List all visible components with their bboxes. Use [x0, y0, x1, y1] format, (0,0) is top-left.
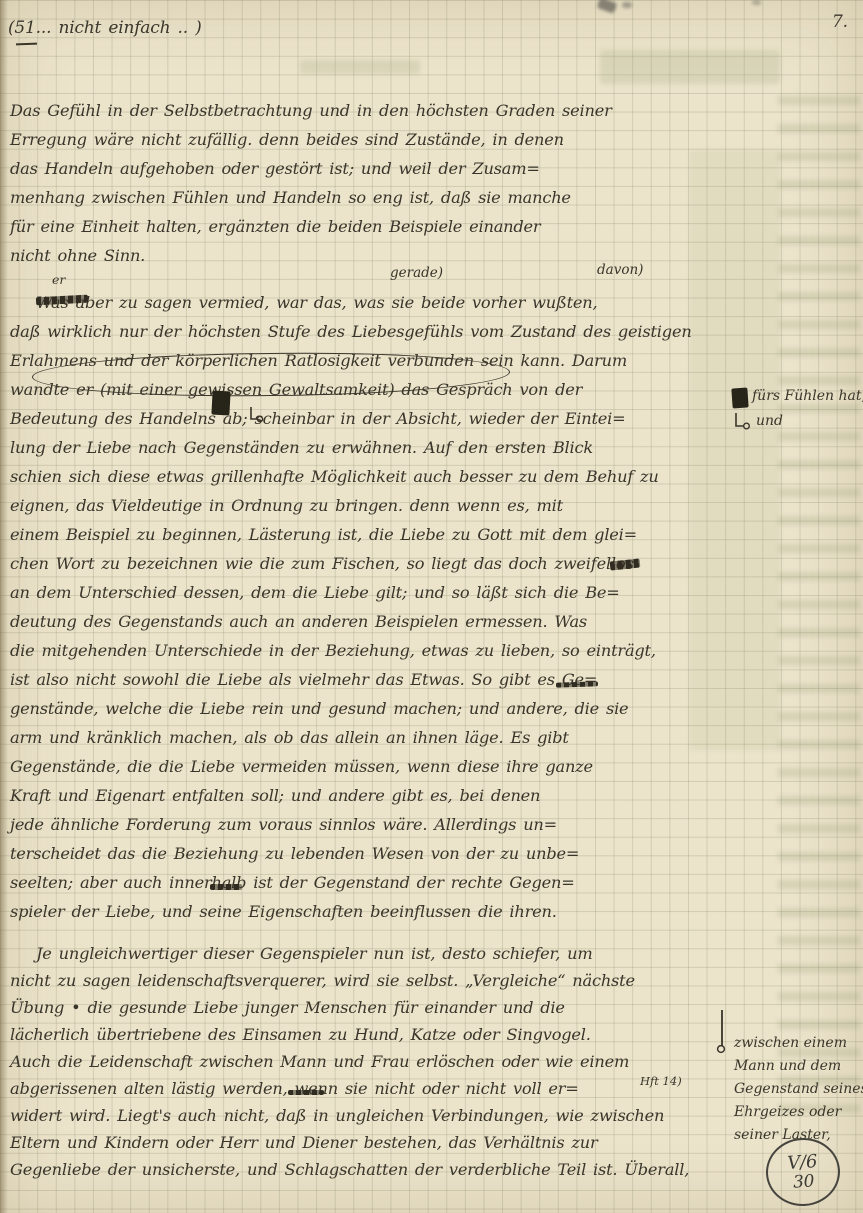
handwritten-line: Was aber zu sagen vermied, war das, was … — [10, 288, 776, 317]
page-left-edge-shadow — [0, 0, 8, 1213]
handwritten-line: spieler der Liebe, und seine Eigenschaft… — [10, 897, 776, 926]
handwritten-line: daß wirklich nur der höchsten Stufe des … — [10, 317, 776, 346]
margin-bracket-icon — [716, 1010, 732, 1054]
handwritten-line: Übung • die gesunde Liebe junger Mensche… — [10, 994, 776, 1021]
handwritten-line: Gegenliebe der unsicherste, und Schlagsc… — [10, 1156, 776, 1183]
handwritten-line: Erregung wäre nicht zufällig. denn beide… — [10, 125, 776, 154]
margin-inked-out-blot — [731, 387, 748, 408]
handwritten-line: das Handeln aufgehoben oder gestört ist;… — [10, 154, 776, 183]
handwritten-line: deutung des Gegenstands auch an anderen … — [10, 607, 776, 636]
handwritten-line: terscheidet das die Beziehung zu lebende… — [10, 839, 776, 868]
interlinear-insertion-davon: davon) — [597, 262, 643, 278]
handwritten-line: nicht zu sagen leidenschaftsverquerer, w… — [10, 967, 776, 994]
handwritten-line: Gegenstände, die die Liebe vermeiden müs… — [10, 752, 776, 781]
handwritten-line: Kraft und Eigenart entfalten soll; und a… — [10, 781, 776, 810]
margin-note-line: und — [756, 410, 783, 433]
interlinear-insertion-gerade: gerade) — [390, 265, 443, 281]
handwritten-line: lächerlich übertriebene des Einsamen zu … — [10, 1021, 776, 1048]
header-note: (51... nicht einfach .. ) — [8, 18, 202, 38]
handwritten-line: Gegenstand seines — [734, 1078, 863, 1101]
stamp-bottom-value: 30 — [792, 1172, 815, 1192]
handwritten-line: Bedeutung des Handelns ab; scheinbar in … — [10, 404, 776, 433]
margin-note-upper: fürs Fühlen hat, — [752, 385, 863, 408]
handwritten-line: Das Gefühl in der Selbstbetrachtung und … — [10, 96, 776, 125]
inked-out-word-blot — [211, 391, 230, 416]
handwritten-line: widert wird. Liegt's auch nicht, daß in … — [10, 1102, 776, 1129]
crossed-out-word — [210, 884, 242, 890]
margin-note-line: fürs Fühlen hat, — [752, 385, 863, 408]
handwritten-line: Auch die Leidenschaft zwischen Mann und … — [10, 1048, 776, 1075]
handwritten-line: lung der Liebe nach Gegenständen zu erwä… — [10, 433, 776, 462]
handwritten-line: arm und kränklich machen, als ob das all… — [10, 723, 776, 752]
handwritten-line: die mitgehenden Unterschiede in der Bezi… — [10, 636, 776, 665]
manuscript-scan: { "page": { "header_note": "(51... nicht… — [0, 0, 863, 1213]
handwritten-line: eignen, das Vieldeutige in Ordnung zu br… — [10, 491, 776, 520]
pencil-smudge — [622, 2, 632, 8]
handwritten-line: Mann und dem — [734, 1055, 863, 1078]
handwritten-line: Ehrgeizes oder — [734, 1101, 863, 1124]
paragraph-1: Das Gefühl in der Selbstbetrachtung und … — [10, 96, 776, 270]
handwritten-line: einem Beispiel zu beginnen, Lästerung is… — [10, 520, 776, 549]
handwritten-line: zwischen einem — [734, 1032, 863, 1055]
handwritten-line: menhang zwischen Fühlen und Handeln so e… — [10, 183, 776, 212]
pencil-smudge — [752, 0, 761, 5]
interlinear-reference: Hft 14) — [640, 1074, 682, 1088]
handwritten-line: jede ähnliche Forderung zum voraus sinnl… — [10, 810, 776, 839]
main-text: Das Gefühl in der Selbstbetrachtung und … — [10, 96, 776, 1183]
interlinear-insertion-er: er — [52, 272, 65, 287]
bleedthrough-smudge — [300, 60, 420, 74]
insertion-caret-icon — [733, 412, 751, 432]
handwritten-line: schien sich diese etwas grillenhafte Mög… — [10, 462, 776, 491]
margin-note-lower: zwischen einemMann und demGegenstand sei… — [734, 1032, 863, 1147]
handwritten-line: ist also nicht sowohl die Liebe als viel… — [10, 665, 776, 694]
handwritten-line: genstände, welche die Liebe rein und ges… — [10, 694, 776, 723]
handwritten-line: chen Wort zu bezeichnen wie die zum Fisc… — [10, 549, 776, 578]
handwritten-line: an dem Unterschied dessen, dem die Liebe… — [10, 578, 776, 607]
bleedthrough-column — [778, 96, 860, 1116]
handwritten-line: Je ungleichwertiger dieser Gegenspieler … — [10, 940, 776, 967]
page-number: 7. — [832, 12, 848, 32]
insertion-caret-icon — [248, 406, 264, 424]
handwritten-line: Eltern und Kindern oder Herr und Diener … — [10, 1129, 776, 1156]
bleedthrough-smudge — [600, 50, 780, 84]
handwritten-line: seelten; aber auch innerhalb ist der Geg… — [10, 868, 776, 897]
crossed-out-word — [288, 1090, 324, 1095]
margin-note-upper-2: und — [756, 410, 783, 433]
handwritten-line: für eine Einheit halten, ergänzten die b… — [10, 212, 776, 241]
paragraph-3: Je ungleichwertiger dieser Gegenspieler … — [10, 940, 776, 1183]
